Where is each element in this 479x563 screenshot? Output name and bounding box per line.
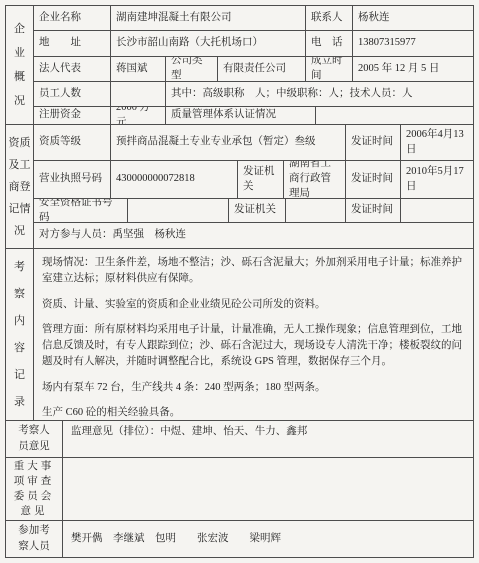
safety-cert-number [128, 199, 229, 222]
committee-opinion-value [63, 458, 473, 520]
capital-label: 注册资金 [34, 107, 111, 124]
row-legal-rep: 法人代表 蒋国斌 公司类型 有限责任公司 成立时间 2005 年 12 月 5 … [34, 57, 473, 82]
inspector-opinion-value: 监理意见（排位）：中煜、建坤、怡天、牛力、鑫邦 [63, 421, 473, 457]
row-staff: 员工人数 其中：高级职称 人；中级职称：人；技术人员：人 [34, 82, 473, 107]
contact-value: 杨秋连 [353, 6, 473, 30]
license-number: 430000000072818 [111, 161, 238, 198]
inspection-paragraph: 场内有泵车 72 台，生产线共 4 条：240 型两条；180 型两条。 [42, 380, 465, 396]
row-participants: 参加考 察人员 樊开儁 李继斌 包明 张宏波 梁明辉 [6, 521, 473, 557]
row-counterpart-participants: 对方参与人员：禹坚强 杨秋连 [34, 223, 473, 248]
staff-value [111, 82, 166, 106]
contact-label: 联系人 [306, 6, 353, 30]
section-label-text: 企 业 概 况 [14, 17, 25, 113]
safety-issue-date [401, 199, 473, 222]
form-table: 企 业 概 况 企业名称 湖南建坤混凝土有限公司 联系人 杨秋连 地 址 长沙市… [5, 5, 474, 558]
section-company-overview: 企 业 概 况 企业名称 湖南建坤混凝土有限公司 联系人 杨秋连 地 址 长沙市… [6, 6, 473, 125]
scanned-inspection-form: 企 业 概 况 企业名称 湖南建坤混凝土有限公司 联系人 杨秋连 地 址 长沙市… [0, 0, 479, 563]
participants-label: 参加考 察人员 [6, 521, 63, 557]
founded-label: 成立时间 [306, 57, 353, 81]
inspection-paragraph: 生产 C60 砼的相关经验具备。 [42, 405, 465, 420]
grade-issue-label: 发证时间 [346, 125, 401, 160]
license-issue-label: 发证时间 [346, 161, 401, 198]
counterpart-participants: 对方参与人员：禹坚强 杨秋连 [34, 223, 473, 248]
safety-issue-label: 发证时间 [346, 199, 401, 222]
phone-label: 电 话 [306, 31, 353, 56]
company-type-label: 公司类型 [166, 57, 218, 81]
row-qualification-grade: 资质等级 预拌商品混凝土专业专业承包（暂定）叁级 发证时间 2006年4月13日 [34, 125, 473, 161]
row-business-license: 营业执照号码 430000000072818 发证机关 湖南省工商行政管理局 发… [34, 161, 473, 199]
company-name-label: 企业名称 [34, 6, 111, 30]
company-name-value: 湖南建坤混凝土有限公司 [111, 6, 306, 30]
inspector-opinion-label: 考察人 员意见 [6, 421, 63, 457]
section-inspection-record: 考 察 内 容 记 录 现场情况：卫生条件差，场地不整洁；沙、砾石含泥量大；外加… [6, 249, 473, 421]
staff-detail: 其中：高级职称 人；中级职称：人；技术人员：人 [166, 82, 473, 106]
founded-value: 2005 年 12 月 5 日 [353, 57, 473, 81]
quality-cert-value [316, 107, 473, 124]
row-capital: 注册资金 2000 万元 质量管理体系认证情况 [34, 107, 473, 124]
grade-label: 资质等级 [34, 125, 111, 160]
address-value: 长沙市韶山南路（大托机场口） [111, 31, 306, 56]
license-label: 营业执照号码 [34, 161, 111, 198]
row-committee-opinion: 重大事 项审查 委员会 意见 [6, 458, 473, 521]
grade-value: 预拌商品混凝土专业专业承包（暂定）叁级 [111, 125, 346, 160]
company-type-value: 有限责任公司 [218, 57, 306, 81]
credentials-rows: 资质等级 预拌商品混凝土专业专业承包（暂定）叁级 发证时间 2006年4月13日… [34, 125, 473, 248]
phone-value: 13807315977 [353, 31, 473, 56]
inspection-paragraph: 资质、计量、实验室的资质和企业业绩见砼公司所发的资料。 [42, 297, 465, 313]
address-label: 地 址 [34, 31, 111, 56]
row-inspector-opinion: 考察人 员意见 监理意见（排位）：中煜、建坤、怡天、牛力、鑫邦 [6, 421, 473, 458]
safety-cert-label: 安全资格证书号码 [34, 199, 128, 222]
quality-cert-label: 质量管理体系认证情况 [166, 107, 316, 124]
safety-authority-value [286, 199, 346, 222]
grade-issue-date: 2006年4月13日 [401, 125, 473, 160]
inspection-paragraph: 管理方面：所有原材料均采用电子计量，计量准确，无人工操作现象；信息管理到位，工地… [42, 322, 465, 371]
license-authority-value: 湖南省工商行政管理局 [284, 161, 346, 198]
staff-label: 员工人数 [34, 82, 111, 106]
committee-opinion-label: 重大事 项审查 委员会 意见 [6, 458, 63, 520]
section-label-text: 资质 及工 商登 记情 况 [9, 132, 31, 242]
legal-rep-label: 法人代表 [34, 57, 111, 81]
capital-value: 2000 万元 [111, 107, 166, 124]
section-label-text: 考 察 内 容 记 录 [14, 254, 25, 416]
license-authority-label: 发证机关 [238, 161, 284, 198]
section-label-company-overview: 企 业 概 况 [6, 6, 34, 124]
legal-rep-value: 蒋国斌 [111, 57, 166, 81]
row-safety-cert: 安全资格证书号码 发证机关 发证时间 [34, 199, 473, 223]
section-label-credentials: 资质 及工 商登 记情 况 [6, 125, 34, 248]
row-address: 地 址 长沙市韶山南路（大托机场口） 电 话 13807315977 [34, 31, 473, 57]
license-issue-date: 2010年5月17日 [401, 161, 473, 198]
inspection-notes: 现场情况：卫生条件差，场地不整洁；沙、砾石含泥量大；外加剂采用电子计量；标准养护… [34, 249, 473, 420]
safety-authority-label: 发证机关 [229, 199, 286, 222]
section-label-inspection-record: 考 察 内 容 记 录 [6, 249, 34, 420]
participants-value: 樊开儁 李继斌 包明 张宏波 梁明辉 [63, 521, 473, 557]
inspection-paragraph: 现场情况：卫生条件差，场地不整洁；沙、砾石含泥量大；外加剂采用电子计量；标准养护… [42, 255, 465, 288]
row-company-name: 企业名称 湖南建坤混凝土有限公司 联系人 杨秋连 [34, 6, 473, 31]
company-rows: 企业名称 湖南建坤混凝土有限公司 联系人 杨秋连 地 址 长沙市韶山南路（大托机… [34, 6, 473, 124]
section-credentials: 资质 及工 商登 记情 况 资质等级 预拌商品混凝土专业专业承包（暂定）叁级 发… [6, 125, 473, 249]
